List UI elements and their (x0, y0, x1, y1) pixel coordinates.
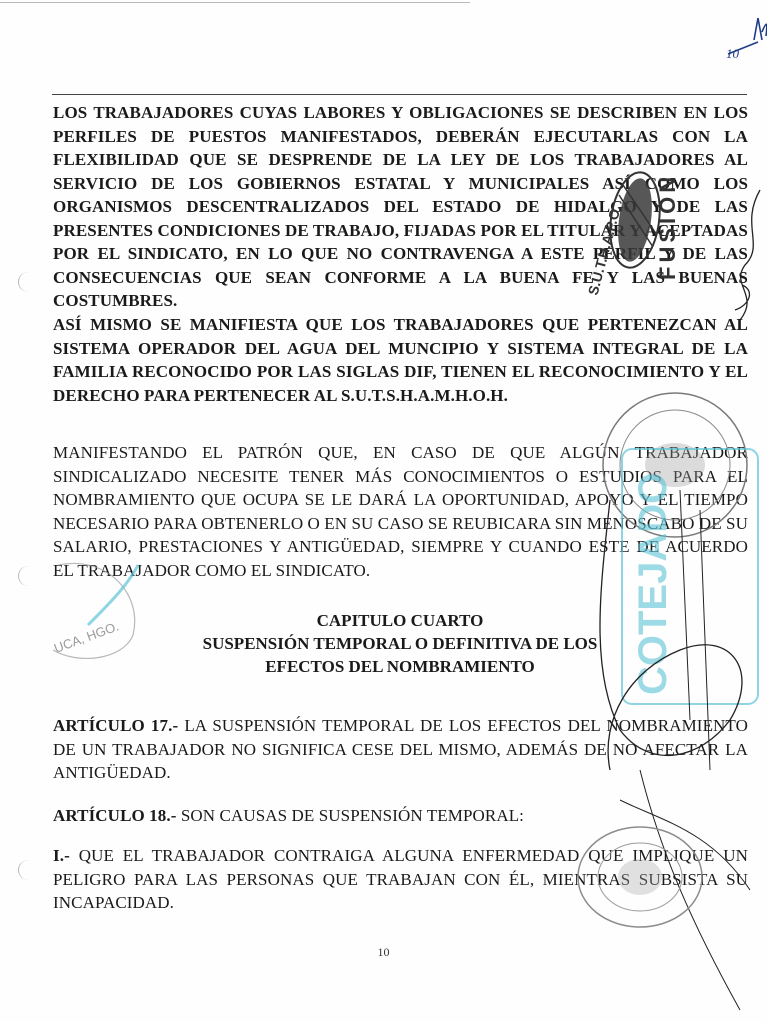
article-18: ARTÍCULO 18.- SON CAUSAS DE SUSPENSIÓN T… (53, 804, 748, 828)
header-divider (52, 94, 747, 95)
article-17-label: ARTÍCULO 17.- (53, 716, 178, 735)
paragraph-training-support: MANIFESTANDO EL PATRÓN QUE, EN CASO DE Q… (53, 441, 748, 582)
punch-hole-mark (18, 272, 39, 292)
chapter-subtitle-line1: SUSPENSIÓN TEMPORAL O DEFINITIVA DE LOS (150, 632, 650, 655)
chapter-title: CAPITULO CUARTO (150, 609, 650, 632)
punch-hole-mark (18, 566, 39, 586)
clause-i-label: I.- (53, 846, 70, 865)
clause-i: I.- QUE EL TRABAJADOR CONTRAIGA ALGUNA E… (53, 844, 748, 915)
punch-hole-mark (18, 860, 39, 880)
document-page: 10 LOS TRABAJADORES CUYAS LABORES Y OBLI… (0, 0, 767, 1022)
paragraph-union-membership: ASÍ MISMO SE MANIFIESTA QUE LOS TRABAJAD… (53, 313, 748, 407)
article-18-label: ARTÍCULO 18.- (53, 806, 177, 825)
page-number-handwritten: 10 (726, 46, 739, 62)
article-18-text: SON CAUSAS DE SUSPENSIÓN TEMPORAL: (177, 806, 525, 825)
svg-text:UCA, HGO.: UCA, HGO. (52, 618, 121, 655)
paragraph-work-flexibility: LOS TRABAJADORES CUYAS LABORES Y OBLIGAC… (53, 101, 748, 313)
chapter-subtitle-line2: EFECTOS DEL NOMBRAMIENTO (150, 655, 650, 678)
page-number-footer: 10 (0, 945, 767, 960)
article-17: ARTÍCULO 17.- LA SUSPENSIÓN TEMPORAL DE … (53, 714, 748, 785)
clause-i-text: QUE EL TRABAJADOR CONTRAIGA ALGUNA ENFER… (53, 846, 748, 912)
scan-edge-line (0, 2, 470, 3)
chapter-heading: CAPITULO CUARTO SUSPENSIÓN TEMPORAL O DE… (150, 609, 650, 678)
